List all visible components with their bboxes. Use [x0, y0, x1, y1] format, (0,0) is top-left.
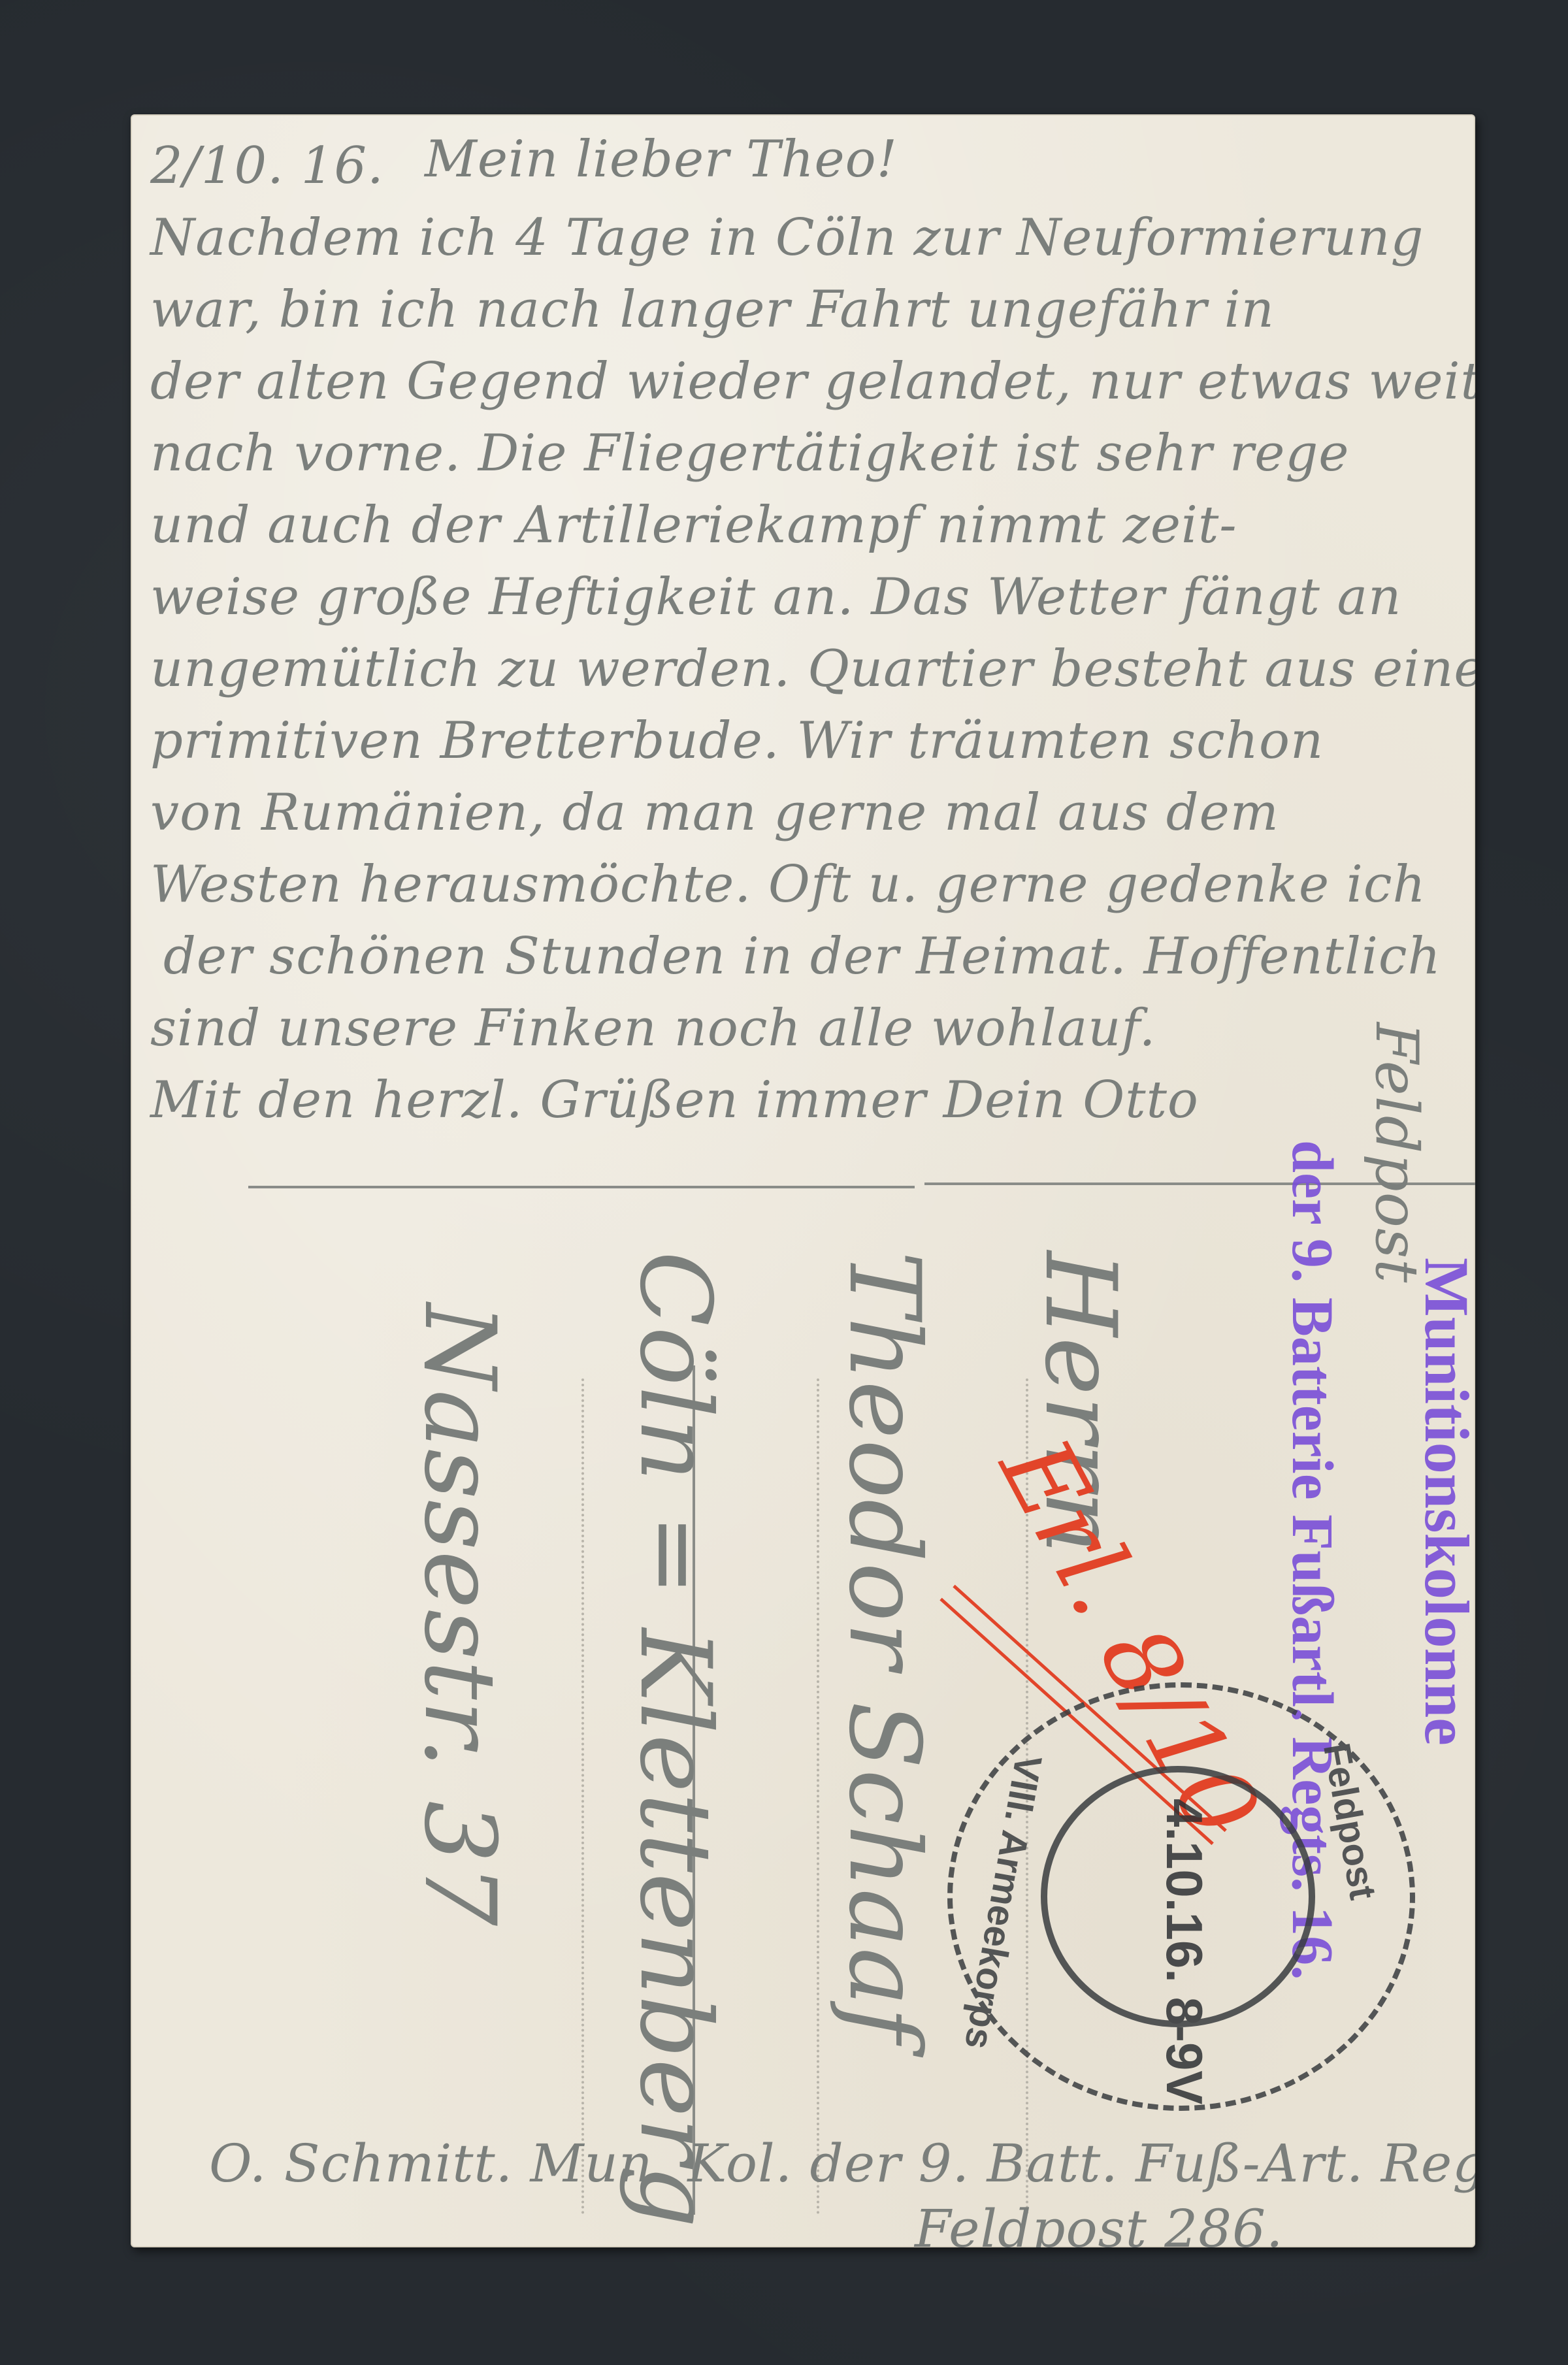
- postcard: 2/10. 16. Mein lieber Theo! Nachdem ich …: [131, 114, 1475, 2247]
- letter-line: der schönen Stunden in der Heimat. Hoffe…: [163, 931, 1441, 982]
- sender-feldpost-number: Feldpost 286.: [915, 2198, 1283, 2247]
- letter-line: Nachdem ich 4 Tage in Cöln zur Neuformie…: [150, 212, 1424, 263]
- address-line: Cöln = Klettenberg: [618, 1251, 732, 2228]
- postmark: Feldpost VIII. Armeekorps 4.10.16. 8-9V: [947, 1682, 1415, 2111]
- printed-divider-horizontal: [248, 1186, 915, 1188]
- letter-line: ungemütlich zu werden. Quartier besteht …: [150, 644, 1475, 694]
- letter-line: primitiven Bretterbude. Wir träumten sch…: [150, 715, 1324, 766]
- address-line: Nassestr. 37: [402, 1303, 516, 1927]
- letter-line: der alten Gegend wieder gelandet, nur et…: [150, 356, 1475, 407]
- letter-closing: Mit den herzl. Grüßen immer Dein Otto: [150, 1075, 1199, 1126]
- letter-line: sind unsere Finken noch alle wohlauf.: [150, 1003, 1156, 1054]
- address-guide-line: [581, 1378, 584, 2215]
- letter-line: Westen herausmöchte. Oft u. gerne gedenk…: [150, 859, 1426, 910]
- address-line: Theodor Schaaf: [827, 1251, 941, 2044]
- feldpost-label: Feldpost: [1362, 1022, 1431, 1283]
- postmark-date: 4.10.16. 8-9V: [1154, 1799, 1214, 2104]
- unit-stamp-line1: Munitionskolonne: [1411, 1258, 1475, 1746]
- letter-date: 2/10. 16.: [150, 140, 384, 191]
- sender-line: O. Schmitt. Mun. Kol. der 9. Batt. Fuß-A…: [209, 2133, 1475, 2194]
- letter-salutation: Mein lieber Theo!: [425, 134, 898, 185]
- letter-line: und auch der Artilleriekampf nimmt zeit-: [150, 500, 1237, 551]
- letter-line: weise große Heftigkeit an. Das Wetter fä…: [150, 572, 1401, 623]
- letter-line: war, bin ich nach langer Fahrt ungefähr …: [150, 284, 1275, 335]
- postmark-top-text: Feldpost: [1315, 1740, 1385, 1903]
- letter-line: von Rumänien, da man gerne mal aus dem: [150, 787, 1279, 838]
- letter-line: nach vorne. Die Fliegertätigkeit ist seh…: [150, 428, 1349, 479]
- postmark-bottom-text: VIII. Armeekorps: [956, 1752, 1051, 2052]
- address-guide-line: [817, 1378, 819, 2215]
